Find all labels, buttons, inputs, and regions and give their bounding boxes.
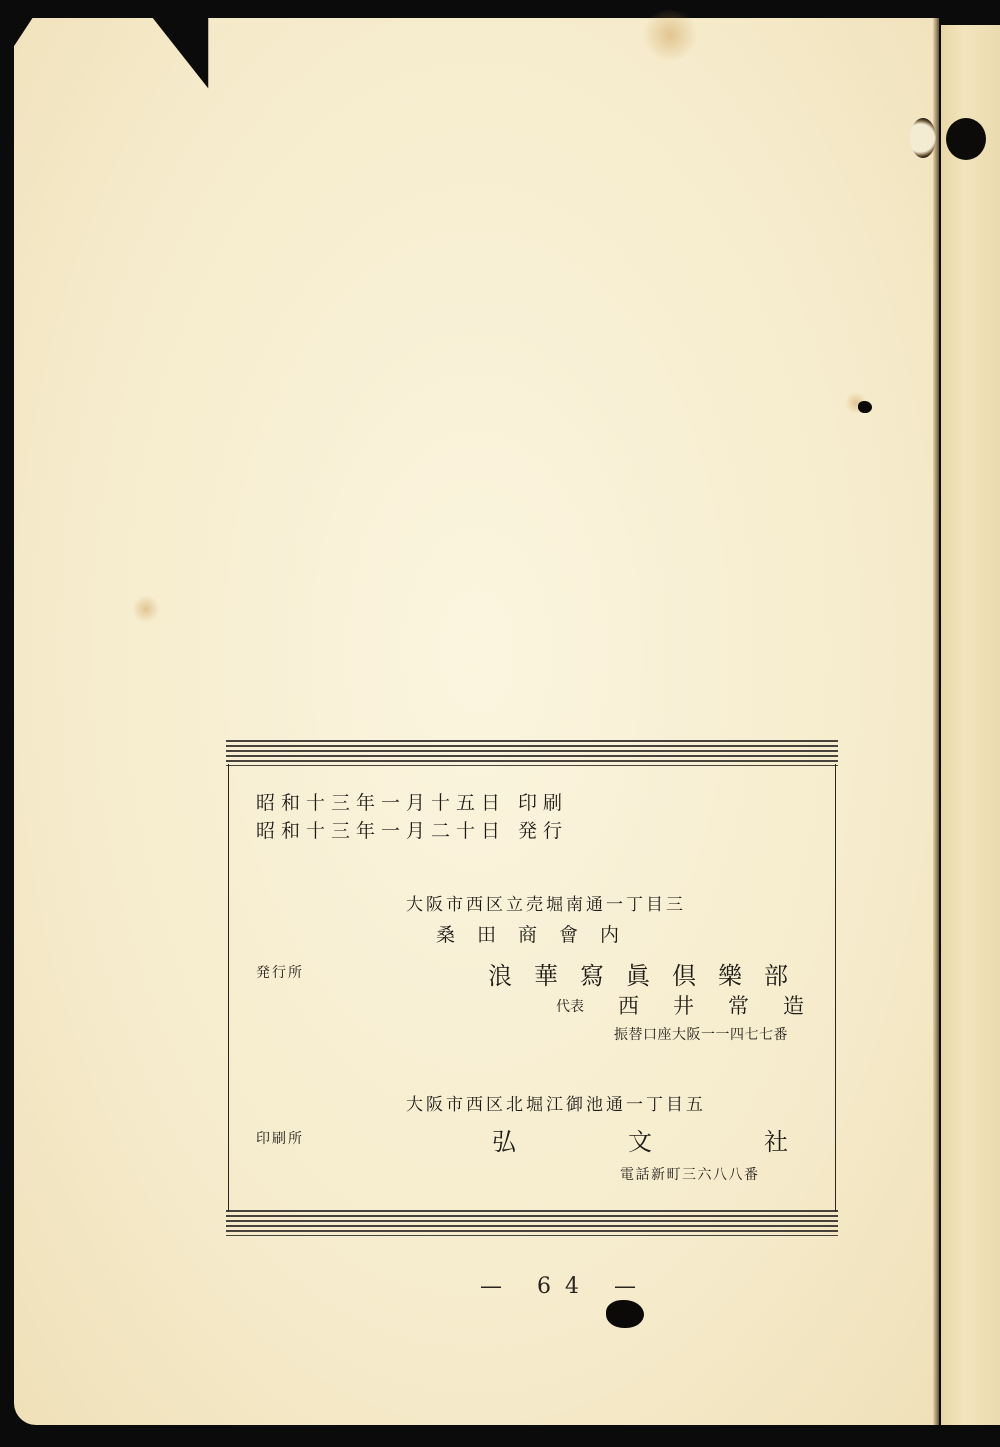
binding-hole-icon [910, 118, 936, 158]
publisher-address-note: 桑田商會内 [436, 920, 641, 947]
publisher-label: 発行所 [256, 962, 304, 982]
stain [132, 595, 160, 623]
ink-blot [606, 1300, 644, 1328]
colophon-block: 昭和十三年一月十五日 印刷 昭和十三年一月二十日 発行 大阪市西区立売堀南通一丁… [226, 740, 838, 1236]
publish-date: 昭和十三年一月二十日 発行 [256, 816, 568, 843]
adjacent-page-edge [941, 25, 1000, 1425]
print-date: 昭和十三年一月十五日 印刷 [256, 788, 568, 815]
publisher-name: 浪華寫眞倶樂部 [488, 956, 810, 991]
printer-name: 弘文社 [492, 1122, 900, 1157]
binding-hole-icon [946, 118, 986, 160]
representative-name: 西井常造 [618, 990, 838, 1020]
printer-address: 大阪市西区北堀江御池通一丁目五 [406, 1090, 706, 1115]
stain [640, 10, 700, 60]
top-rule-lines [226, 740, 838, 766]
ink-blot [858, 401, 872, 413]
printer-label: 印刷所 [256, 1128, 304, 1148]
bottom-rule-lines [226, 1210, 838, 1236]
page-number: — 64 — [480, 1274, 650, 1299]
printer-phone: 電話新町三六八八番 [620, 1164, 760, 1184]
transfer-account: 振替口座大阪一一四七七番 [614, 1024, 788, 1044]
representative-label: 代表 [556, 996, 584, 1016]
publisher-address: 大阪市西区立売堀南通一丁目三 [406, 890, 686, 915]
